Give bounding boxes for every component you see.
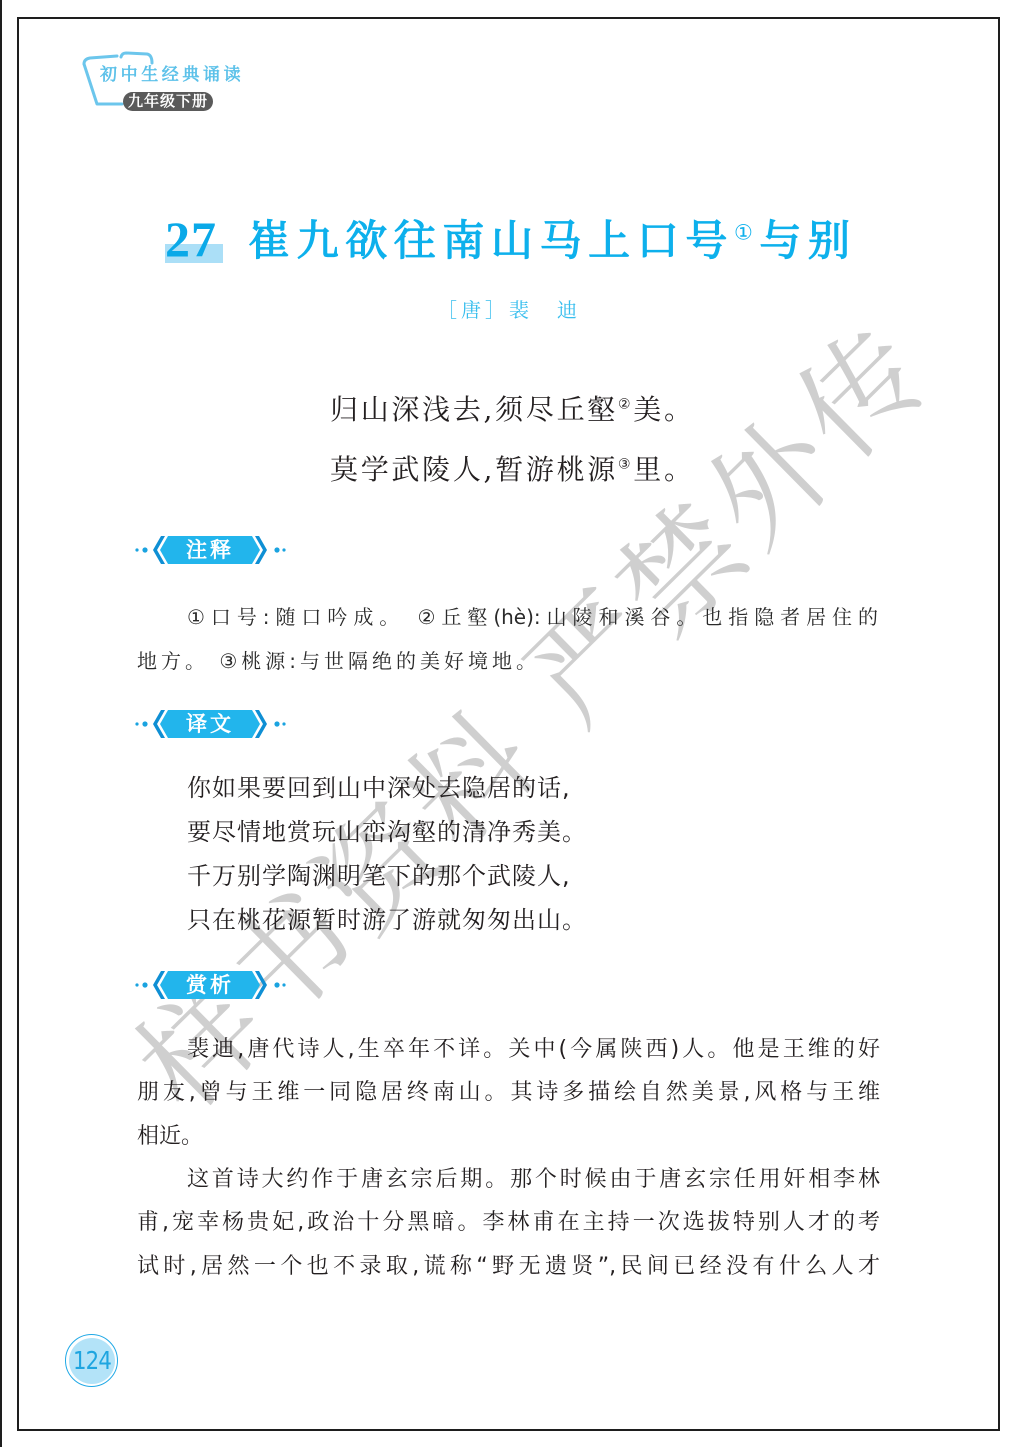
title-footnote-mark: ① [734, 220, 759, 244]
poem-line: 归山深浅去,须尽丘壑②美。 [330, 390, 692, 430]
grade-volume-badge: 九年级下册 [123, 92, 213, 111]
appreciation-line: 朋友,曾与王维一同隐居终南山。其诗多描绘自然美景,风格与王维 [137, 1071, 880, 1115]
poem-text: 归山深浅去,须尽丘壑 [330, 393, 618, 426]
section-label: 赏析 [160, 969, 260, 1001]
translation-line: 要尽情地赏玩山峦沟壑的清净秀美。 [187, 810, 587, 854]
footnote-mark: ② [618, 397, 633, 413]
lesson-title: 崔九欲往南山马上口号①与别 [248, 216, 850, 266]
appreciation-line: 这首诗大约作于唐玄宗后期。那个时候由于唐玄宗任用奸相李林 [187, 1158, 880, 1202]
series-title: 初中生经典诵读 [100, 65, 244, 85]
note-line: 地方。 ③桃源:与世隔绝的美好境地。 [137, 647, 540, 675]
translation-line: 只在桃花源暂时游了游就匆匆出山。 [187, 898, 587, 942]
lesson-title-text: 崔九欲往南山马上口号 [248, 216, 734, 265]
poem-text: 里。 [633, 453, 692, 486]
lesson-title-end: 与别 [759, 216, 850, 265]
section-header-translation: 译文 [130, 708, 290, 740]
note-line: ①口号:随口吟成。 ②丘壑(hè):山陵和溪谷。也指隐者居住的 [187, 603, 878, 631]
poem-line: 莫学武陵人,暂游桃源③里。 [330, 450, 692, 490]
lesson-number: 27 [165, 214, 217, 264]
translation-line: 你如果要回到山中深处去隐居的话, [187, 766, 571, 810]
section-header-notes: 注释 [130, 534, 290, 566]
translation-line: 千万别学陶渊明笔下的那个武陵人, [187, 854, 571, 898]
appreciation-line: 试时,居然一个也不录取,谎称“野无遗贤”,民间已经没有什么人才 [137, 1245, 880, 1289]
section-label: 译文 [160, 708, 260, 740]
author-byline: ［唐］裴 迪 [437, 297, 577, 323]
poem-text: 美。 [633, 393, 692, 426]
poem-text: 莫学武陵人,暂游桃源 [330, 453, 618, 486]
footnote-mark: ③ [618, 457, 633, 473]
section-header-appreciation: 赏析 [130, 969, 290, 1001]
page-number: 124 [69, 1334, 115, 1388]
appreciation-line: 相近。 [137, 1115, 880, 1159]
appreciation-line: 甫,宠幸杨贵妃,政治十分黑暗。李林甫在主持一次选拔特别人才的考 [137, 1201, 880, 1245]
page-content: 初中生经典诵读 九年级下册 27 崔九欲往南山马上口号①与别 ［唐］裴 迪 归山… [0, 0, 1016, 1447]
appreciation-line: 裴迪,唐代诗人,生卒年不详。关中(今属陕西)人。他是王维的好 [187, 1028, 880, 1072]
section-label: 注释 [160, 534, 260, 566]
